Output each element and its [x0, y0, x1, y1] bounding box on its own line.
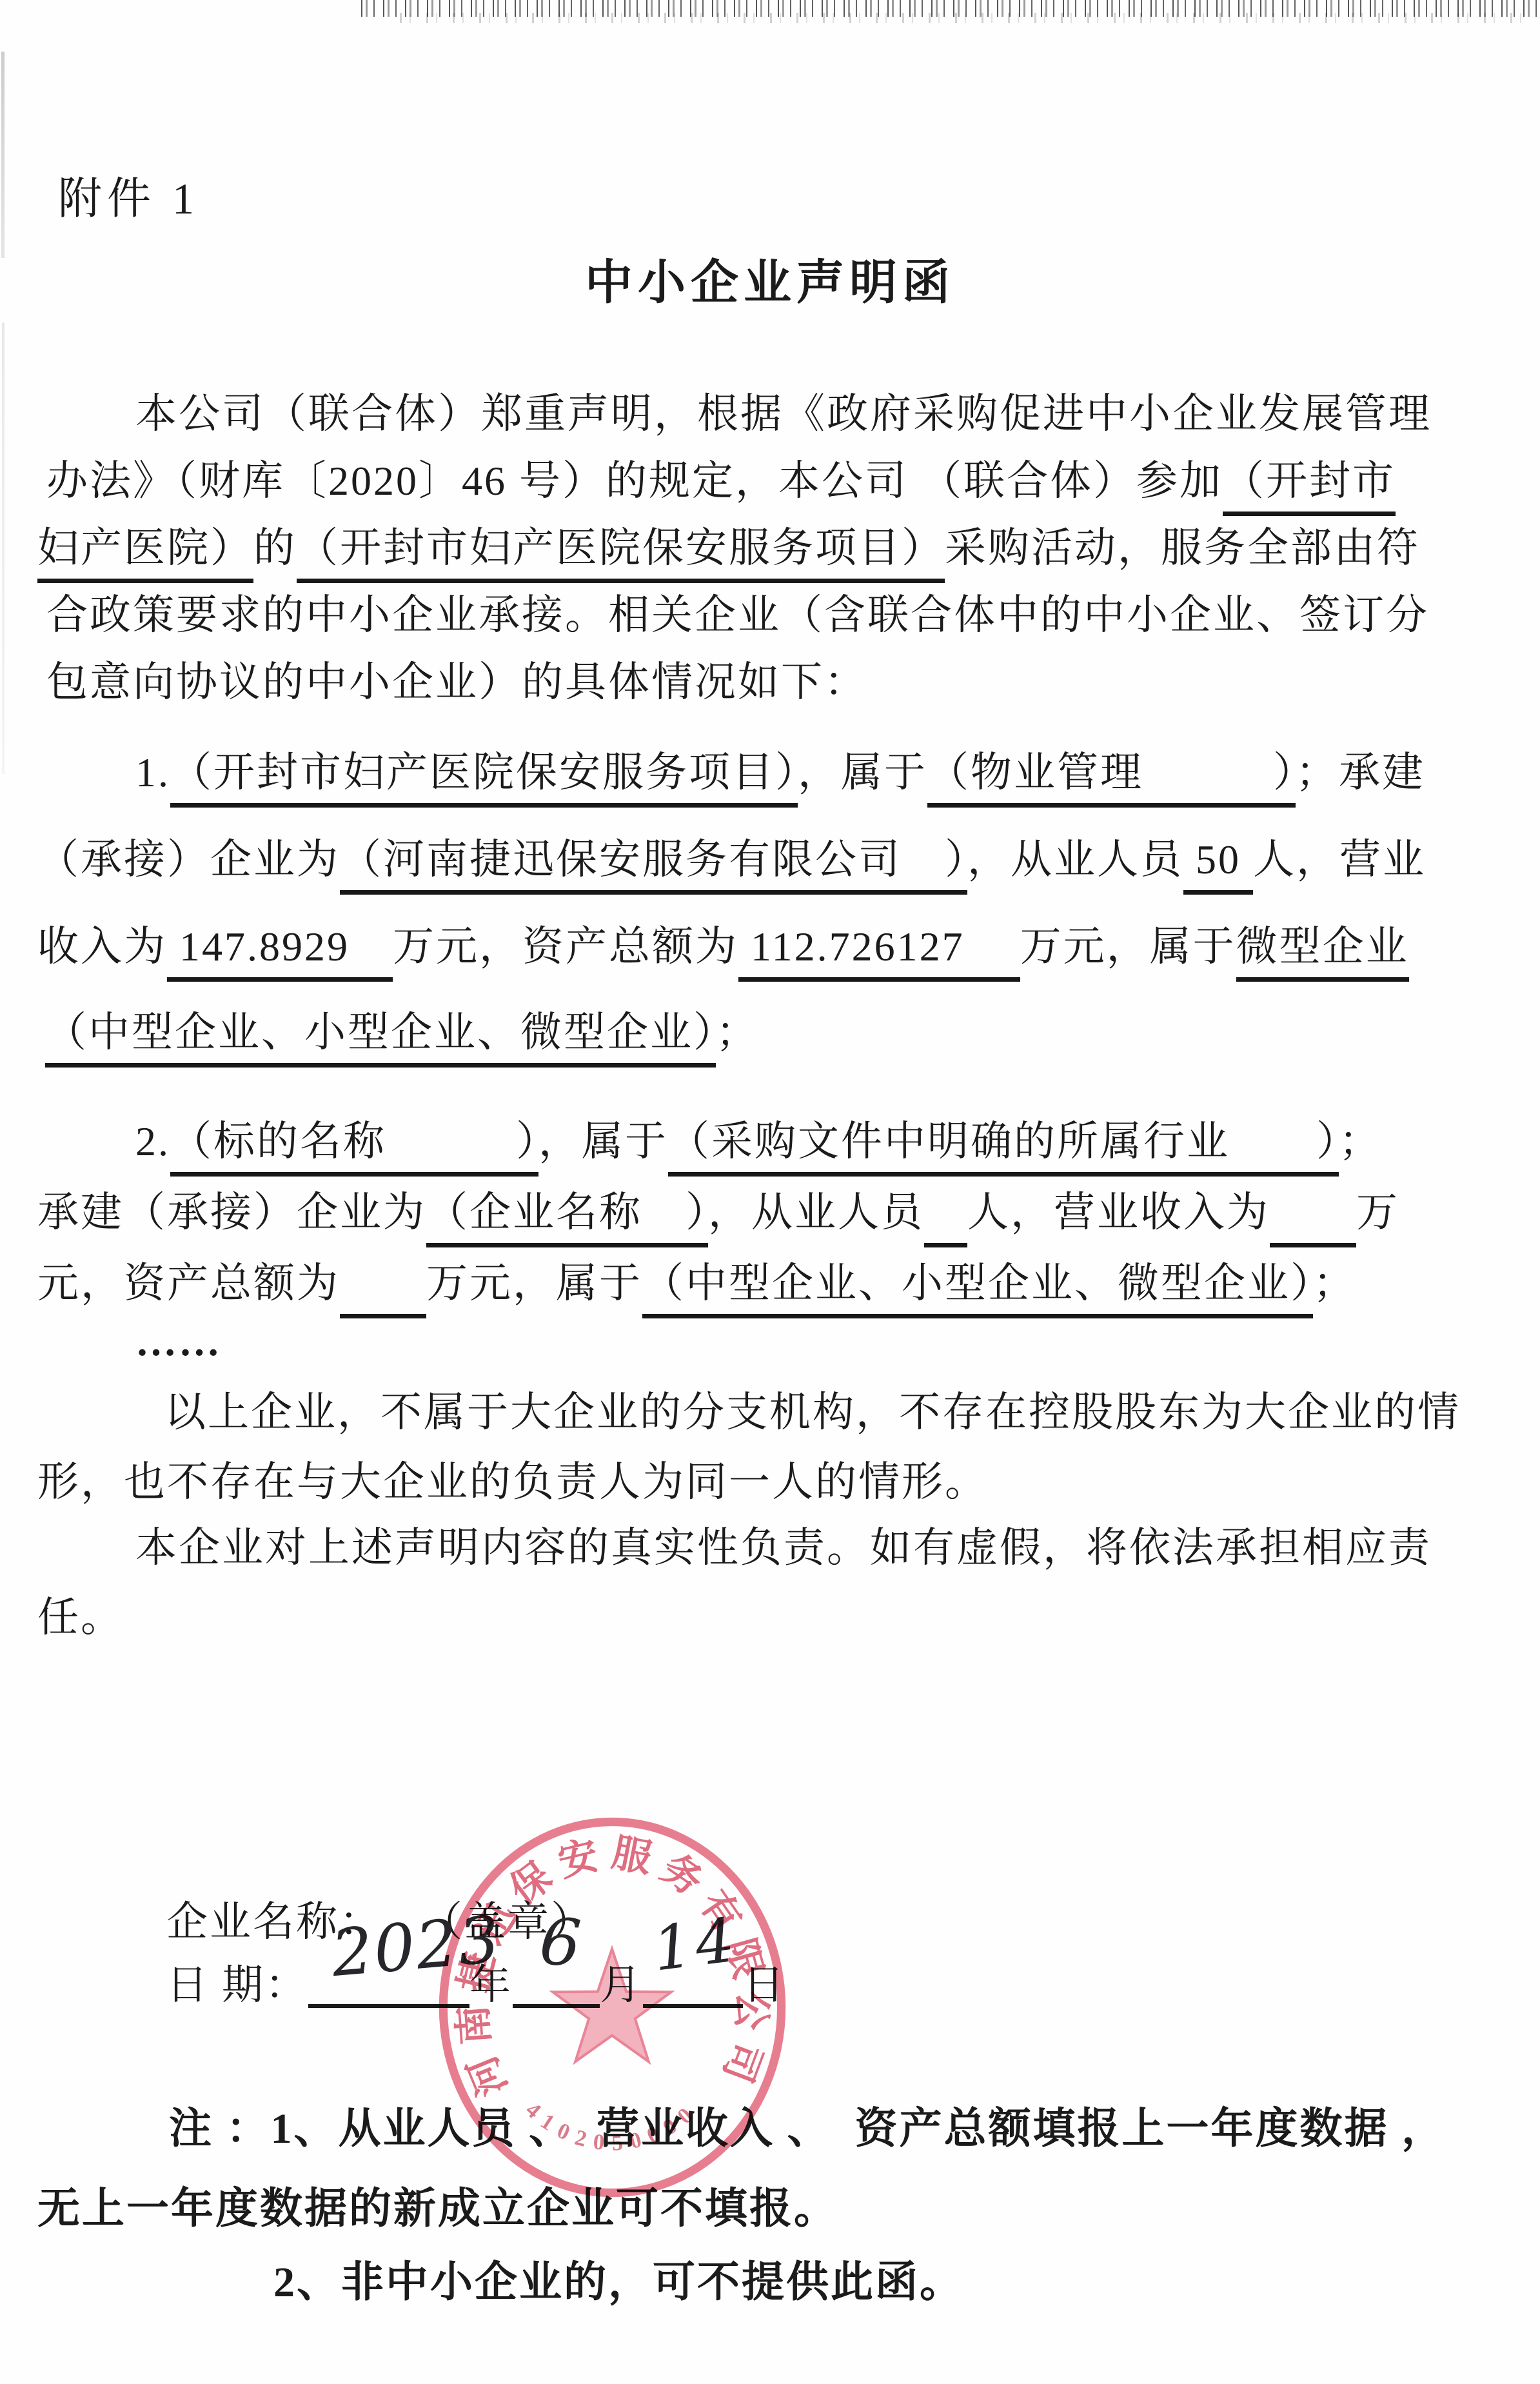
underlined-value: 50 [1183, 837, 1253, 895]
underlined-blank [340, 1260, 426, 1318]
underlined-value: （物业管理 ） [927, 750, 1296, 808]
page-title: 中小企业声明函 [0, 255, 1540, 312]
text-segment: ； [1339, 1118, 1382, 1164]
item1-line: 1.（开封市妇产医院保安服务项目），属于（物业管理 ）；承建 [135, 748, 1425, 797]
underlined-value: （河南捷迅保安服务有限公司 ） [340, 837, 967, 895]
text-segment: …… [135, 1318, 222, 1364]
text-line: 形，也不存在与大企业的负责人为同一人的情形。 [37, 1458, 988, 1507]
text-segment: （承接）企业为 [37, 837, 340, 882]
underlined-blank: （采购文件中明确的所属行业 ） [668, 1118, 1339, 1177]
underlined-blank [924, 1189, 967, 1247]
text-segment: 元，资产总额为 [37, 1260, 340, 1306]
underlined-blank [1270, 1189, 1356, 1247]
text-segment: 形，也不存在与大企业的负责人为同一人的情形。 [37, 1459, 988, 1505]
seal-star-icon [553, 1949, 671, 2062]
company-seal-stamp: 河南捷迅保安服务有限公司 4102050000 [422, 1803, 803, 2212]
underlined-value: （开封市 [1223, 458, 1396, 516]
underlined-blank: （企业名称 ） [426, 1189, 708, 1247]
text-segment: 本公司（联合体）郑重声明，根据《政府采购促进中小企业发展管理 [135, 391, 1432, 437]
text-segment: 收入为 [37, 924, 167, 969]
item2-line: 承建（承接）企业为（企业名称 ），从业人员 人，营业收入为 万 [37, 1188, 1399, 1237]
text-segment: 的 [253, 525, 297, 571]
text-line: 合政策要求的中小企业承接。相关企业（含联合体中的中小企业、签订分 [46, 591, 1429, 640]
underlined-value: （中型企业、小型企业、微型企业） [45, 1009, 716, 1068]
text-segment: 任。 [37, 1594, 124, 1640]
scan-artifact-left-edge [1, 52, 5, 258]
text-line: 本公司（联合体）郑重声明，根据《政府采购促进中小企业发展管理 [135, 390, 1432, 439]
text-segment: ，从业人员 [967, 837, 1183, 882]
seal-serial-text: 4102050000 [521, 2098, 704, 2156]
text-line: 妇产医院）的（开封市妇产医院保安服务项目）采购活动，服务全部由符 [37, 524, 1420, 573]
underlined-value: （开封市妇产医院保安服务项目） [170, 750, 798, 808]
text-segment: ，属于 [538, 1118, 668, 1164]
text-segment: 万元，属于 [1020, 924, 1236, 969]
note-line: 注 ：1、从业人员 、 营业收入 、 资产总额填报上一年度数据 ， [169, 2104, 1446, 2154]
underlined-value: （中型企业、小型企业、微型企业） [642, 1260, 1313, 1318]
text-segment: 万 [1356, 1189, 1399, 1235]
text-segment: ；承建 [1296, 750, 1425, 795]
ellipsis-line: …… [135, 1317, 222, 1366]
date-label: 日 期： [166, 1962, 308, 2008]
item2-line: 2.（标的名称 ），属于（采购文件中明确的所属行业 ）； [135, 1117, 1382, 1166]
text-segment: 合政策要求的中小企业承接。相关企业（含联合体中的中小企业、签订分 [46, 592, 1429, 638]
text-line: 任。 [37, 1593, 124, 1642]
underlined-value: （开封市妇产医院保安服务项目） [297, 525, 945, 583]
seal-serial-text-holder: 4102050000 [521, 2098, 704, 2156]
item2-line: 元，资产总额为 万元，属于（中型企业、小型企业、微型企业）； [37, 1259, 1356, 1308]
text-segment: 2、非中小企业的，可不提供此函。 [273, 2259, 964, 2306]
underlined-value: 微型企业 [1236, 924, 1409, 982]
text-segment: 本企业对上述声明内容的真实性负责。如有虚假，将依法承担相应责 [135, 1525, 1432, 1571]
text-segment: 办法》（财库〔2020〕46 号）的规定，本公司 （联合体）参加 [46, 458, 1223, 504]
note-line: 2、非中小企业的，可不提供此函。 [273, 2258, 964, 2308]
attachment-label: 附件 1 [58, 173, 199, 224]
text-segment: 承建（承接）企业为 [37, 1189, 426, 1235]
item-number: 2. [135, 1118, 170, 1164]
text-segment: 人，营业 [1253, 837, 1426, 882]
text-segment: 包意向协议的中小企业）的具体情况如下： [46, 659, 867, 705]
text-line: 包意向协议的中小企业）的具体情况如下： [46, 658, 867, 707]
scan-noise-top-secondary [400, 13, 1522, 23]
text-segment: ，属于 [798, 750, 927, 795]
text-segment: ； [1313, 1260, 1356, 1306]
text-segment: 采购活动，服务全部由符 [945, 525, 1420, 571]
text-segment: 万元，资产总额为 [393, 924, 738, 969]
item1-line: （承接）企业为（河南捷迅保安服务有限公司 ），从业人员 50 人，营业 [37, 835, 1426, 884]
text-line: 办法》（财库〔2020〕46 号）的规定，本公司 （联合体）参加（开封市 [46, 457, 1396, 506]
text-segment: ； [716, 1009, 759, 1055]
text-segment: 万元，属于 [426, 1260, 642, 1306]
item1-line: 收入为 147.8929 万元，资产总额为 112.726127 万元，属于微型… [37, 922, 1409, 971]
item-number: 1. [135, 750, 170, 795]
text-line: 以上企业，不属于大企业的分支机构，不存在控股股东为大企业的情 [164, 1388, 1461, 1437]
underlined-value: 147.8929 [167, 924, 393, 982]
underlined-blank: （标的名称 ） [170, 1118, 538, 1177]
text-segment: 以上企业，不属于大企业的分支机构，不存在控股股东为大企业的情 [164, 1389, 1461, 1435]
underlined-value: 112.726127 [738, 924, 1020, 982]
text-segment: 人，营业收入为 [967, 1189, 1270, 1235]
text-line: 本企业对上述声明内容的真实性负责。如有虚假，将依法承担相应责 [135, 1524, 1432, 1573]
document-page: 附件 1 中小企业声明函 本公司（联合体）郑重声明，根据《政府采购促进中小企业发… [0, 0, 1540, 2384]
underlined-value: 妇产医院） [37, 525, 253, 583]
scan-artifact-left-edge-lower [2, 323, 5, 774]
text-segment: 注 ：1、从业人员 、 营业收入 、 资产总额填报上一年度数据 ， [169, 2105, 1446, 2152]
text-segment: ，从业人员 [708, 1189, 924, 1235]
item1-line: （中型企业、小型企业、微型企业）； [45, 1008, 759, 1057]
